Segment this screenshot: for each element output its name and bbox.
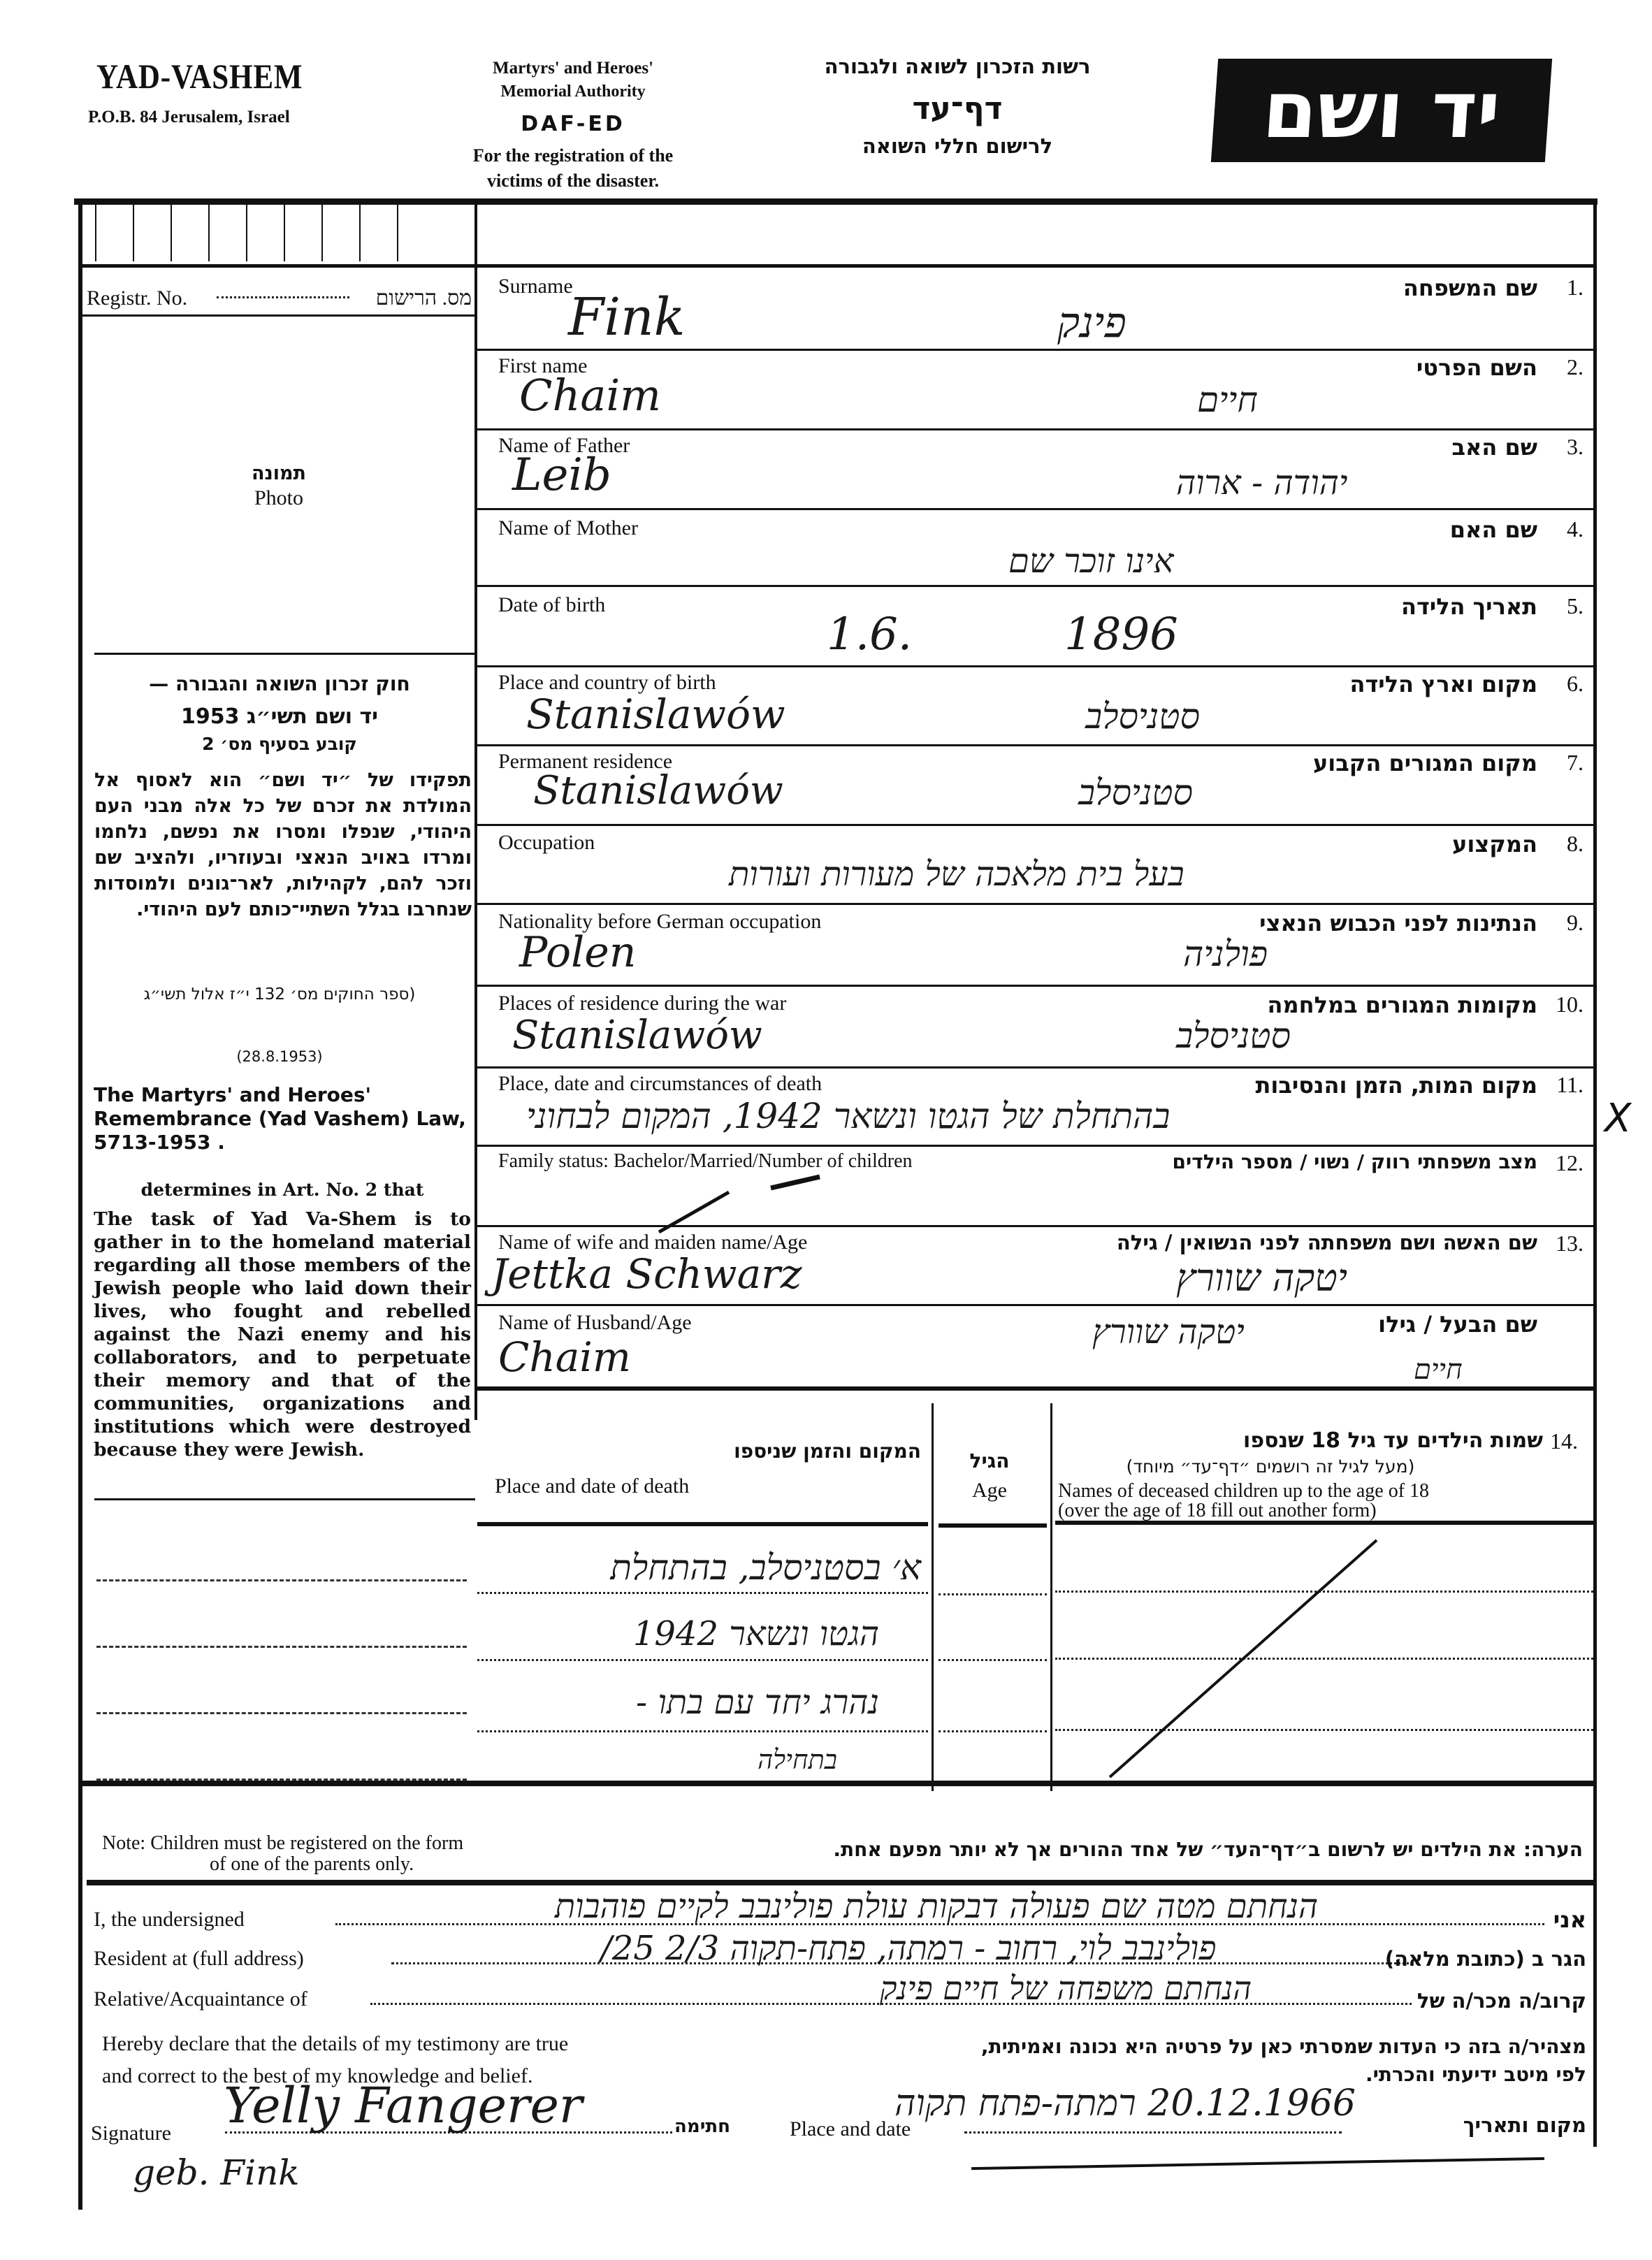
- children-age-label: Age: [934, 1479, 1045, 1502]
- field-value-he-extra: יטקה שוורץ: [1092, 1312, 1245, 1352]
- child-place-line-3: נהרג יחד עם בתו -: [488, 1683, 879, 1722]
- undersigned-heb: אני: [1544, 1906, 1586, 1933]
- field-number: 5.: [1567, 593, 1584, 619]
- field-value-en: Leib: [512, 449, 611, 501]
- field-label-he: שם האב: [1452, 434, 1537, 461]
- note-en-line1: Note: Children must be registered on the…: [102, 1832, 463, 1855]
- children-number: 14.: [1550, 1428, 1578, 1454]
- undersigned-label: I, the undersigned: [94, 1908, 245, 1932]
- field-number: 13.: [1556, 1231, 1584, 1256]
- field-number: 8.: [1567, 831, 1584, 857]
- relative-label: Relative/Acquaintance of: [94, 1987, 307, 2011]
- header-heb-line1: רשות הזכרון לשואה ולגבורה: [783, 55, 1132, 78]
- law-en-article: determines in Art. No. 2 that: [94, 1180, 471, 1200]
- field-number: 11.: [1556, 1072, 1584, 1098]
- field-number: 12.: [1556, 1150, 1584, 1176]
- field-value-en: Polen: [519, 928, 636, 977]
- field-value-en: Stanislawów: [533, 768, 783, 813]
- field-value-en: Jettka Schwarz: [491, 1250, 802, 1298]
- field-value-he: חיים: [1414, 1353, 1463, 1386]
- field-date-of-birth[interactable]: Date of birth תאריך הלידה 5. 1.6. 1896: [477, 585, 1593, 667]
- org-title: YAD-VASHEM: [96, 56, 303, 96]
- field-death-details[interactable]: Place, date and circumstances of death מ…: [477, 1066, 1593, 1147]
- signature-label: Signature: [91, 2122, 171, 2145]
- field-value-he: בהתחלת של הגטו ונשאר 1942, המקום לבחוני: [526, 1096, 1170, 1136]
- registr-label: Registr. No.: [87, 287, 187, 310]
- field-label-he: שם האשה ושם משפחתה לפני הנשואין / גילה: [1117, 1231, 1537, 1254]
- field-value-en: Stanislawów: [526, 690, 785, 738]
- field-value-en: Chaim: [519, 370, 661, 421]
- field-label-he: מקום המות, הזמן והנסיבות: [1256, 1072, 1537, 1099]
- field-label-he: מקום המגורים הקבוע: [1313, 750, 1537, 776]
- children-strike-line: [1054, 1536, 1389, 1781]
- law-heb-article: קובע בסעיף מס׳ 2: [98, 734, 461, 754]
- field-value-he: יטקה שוורץ: [1176, 1256, 1347, 1300]
- field-family-status[interactable]: Family status: Bachelor/Married/Number o…: [477, 1145, 1593, 1227]
- children-heb-title: שמות הילדים עד גיל 18 שנספו: [1061, 1428, 1543, 1453]
- resident-heb: הגר ב (כתובת מלאה): [1419, 1947, 1586, 1971]
- field-value-he: סטניסלב: [1078, 772, 1193, 813]
- registr-heb-label: מס. הרישום: [353, 287, 472, 310]
- field-permanent-residence[interactable]: Permanent residence מקום המגורים הקבוע 7…: [477, 744, 1593, 826]
- header-heb-form-name: דף־עד: [783, 91, 1132, 126]
- personal-fields: Surname שם המשפחה 1. Fink פינק First nam…: [477, 268, 1593, 1403]
- field-label-he: מצב משפחתי רווק / נשוי / מספר הילדים: [1173, 1150, 1537, 1173]
- field-label-en: Date of birth: [498, 593, 605, 617]
- header-center-line3: For the registration of the: [419, 145, 727, 166]
- bottom-stroke: [971, 2157, 1544, 2170]
- field-wife-name[interactable]: Name of wife and maiden name/Age שם האשה…: [477, 1225, 1593, 1306]
- header-heb-line3: לרישום חללי השואה: [783, 134, 1132, 158]
- children-place-heb: המקום והזמן שניספו: [488, 1440, 921, 1463]
- field-value-en: Fink: [568, 287, 686, 347]
- place-date-label: Place and date: [790, 2117, 911, 2141]
- law-en-title: The Martyrs' and Heroes' Remembrance (Ya…: [94, 1083, 471, 1154]
- resident-label: Resident at (full address): [94, 1947, 304, 1971]
- header-center-line4: victims of the disaster.: [419, 171, 727, 191]
- yad-vashem-logo: יד ושם: [1211, 59, 1552, 162]
- field-husband-name[interactable]: Name of Husband/Age שם הבעל / גילו Chaim…: [477, 1304, 1593, 1391]
- field-label-he: תאריך הלידה: [1401, 593, 1537, 620]
- field-wartime-residence[interactable]: Places of residence during the war מקומו…: [477, 985, 1593, 1069]
- field-label-en: Name of Husband/Age: [498, 1311, 692, 1335]
- place-date-value: 20.12.1966 רמתה-פתח תקוה: [964, 2082, 1356, 2124]
- field-father-name[interactable]: Name of Father שם האב 3. Leib יהודה - אר…: [477, 428, 1593, 510]
- relative-heb: קרוב/ה מכר/ה של: [1419, 1989, 1586, 2013]
- field-place-of-birth[interactable]: Place and country of birth מקום וארץ הלי…: [477, 665, 1593, 746]
- law-heb-body: תפקידו של ״יד ושם״ הוא לאסוף אל המולדת א…: [94, 767, 472, 922]
- signature-value: Yelly Fangerer: [224, 2077, 582, 2134]
- registr-number-field[interactable]: [217, 296, 349, 298]
- form-right-border: [1593, 204, 1597, 2147]
- field-number: 1.: [1567, 275, 1584, 300]
- field-value-he: סטניסלב: [1085, 696, 1200, 737]
- field-label-he: שם המשפחה: [1403, 275, 1537, 301]
- logo-text: יד ושם: [1260, 71, 1502, 150]
- field-label-he: שם האם: [1450, 516, 1537, 543]
- field-label-he: שם הבעל / גילו: [1378, 1311, 1537, 1338]
- registration-grid: [82, 204, 474, 266]
- field-label-en: Name of Mother: [498, 516, 638, 540]
- child-place-line-4: בתחילה: [488, 1744, 837, 1776]
- field-number: 6.: [1567, 671, 1584, 697]
- undersigned-value: הנחתם מטה שם פעולה דבקות עולת פולינבב לק…: [342, 1887, 1530, 1926]
- header-center-line2: Memorial Authority: [419, 82, 727, 101]
- field-value-he: סטניסלב: [1176, 1015, 1291, 1056]
- field-value-he: אינו זוכר שם: [1008, 542, 1173, 581]
- field-number: 3.: [1567, 434, 1584, 460]
- header-center-line1: Martyrs' and Heroes': [419, 59, 727, 78]
- field-label-en: Surname: [498, 275, 573, 298]
- field-mother-name[interactable]: Name of Mother שם האם 4. אינו זוכר שם: [477, 508, 1593, 587]
- field-label-en: Occupation: [498, 831, 595, 855]
- children-heb-subtitle: (מעל לגיל זה רושמים ״דף־עד״ מיוחד): [1061, 1456, 1480, 1477]
- declare-he-line1: מצהיר/ה בזה כי העדות שמסרתי כאן על פרטיה…: [825, 2035, 1586, 2058]
- field-value-he: חיים: [1197, 379, 1258, 420]
- law-heb-title: חוק זכרון השואה והגבורה —: [98, 672, 461, 695]
- place-date-field[interactable]: [964, 2131, 1342, 2134]
- field-first-name[interactable]: First name השם הפרטי 2. Chaim חיים: [477, 349, 1593, 430]
- photo-area: [84, 318, 472, 646]
- field-label-he: מקום וארץ הלידה: [1349, 671, 1537, 697]
- children-table: המקום והזמן שניספו Place and date of dea…: [82, 1403, 1593, 1809]
- field-number: 10.: [1556, 992, 1584, 1017]
- field-value-he: יהודה - ארוה: [1176, 463, 1347, 502]
- children-place-label: Place and date of death: [495, 1475, 689, 1498]
- child-place-line-1: א׳ בסטניסלב, בהתחלת: [488, 1547, 921, 1588]
- field-number: 7.: [1567, 750, 1584, 776]
- field-value-en: 1.6.: [827, 609, 912, 660]
- field-label-he: הנתינות לפני הכבוש הנאצי: [1259, 910, 1537, 936]
- children-en-subtitle: (over the age of 18 fill out another for…: [1058, 1500, 1377, 1522]
- law-date: (28.8.1953): [98, 1048, 461, 1065]
- field-occupation[interactable]: Occupation המקצוע 8. בעל בית מלאכה של מע…: [477, 824, 1593, 905]
- child-place-line-2: הגטו ונשאר 1942: [488, 1614, 879, 1653]
- law-heb-subtitle: יד ושם תשי״ג 1953: [98, 704, 461, 729]
- field-value-he: פינק: [1057, 298, 1126, 347]
- field-value-en: Stanislawów: [512, 1013, 762, 1058]
- signature-value-2: geb. Fink: [133, 2152, 300, 2193]
- field-label-he: המקצוע: [1452, 831, 1537, 857]
- field-value-en: Chaim: [498, 1333, 631, 1381]
- field-label-he: מקומות המגורים במלחמה: [1267, 992, 1537, 1018]
- org-address: P.O.B. 84 Jerusalem, Israel: [88, 108, 290, 127]
- field-value-year: 1896: [1064, 609, 1178, 660]
- field-number: 2.: [1567, 354, 1584, 380]
- place-date-heb: מקום ותאריך: [1426, 2113, 1586, 2137]
- field-label-en: Family status: Bachelor/Married/Number o…: [498, 1150, 913, 1173]
- note-heb: הערה: את הילדים יש לרשום ב״דף־העד״ של אח…: [657, 1838, 1583, 1861]
- form-name: DAF-ED: [419, 112, 727, 136]
- declare-en-line1: Hereby declare that the details of my te…: [102, 2032, 568, 2056]
- field-value-he: פולניה: [1183, 934, 1268, 974]
- field-value-he: בעל בית מלאכה של מעורות ועורות: [729, 855, 1184, 894]
- field-label-en: Places of residence during the war: [498, 992, 786, 1015]
- field-number: 9.: [1567, 910, 1584, 936]
- field-number: 4.: [1567, 516, 1584, 542]
- field-label-en: Place, date and circumstances of death: [498, 1072, 822, 1096]
- signature-heb: חתימה: [653, 2116, 730, 2137]
- resident-value: פולינבב לוי, רחוב - רמתה, פתח-תקוה 2/3 2…: [405, 1929, 1412, 1968]
- children-age-heb: הגיל: [934, 1449, 1045, 1472]
- note-en-line2: of one of the parents only.: [210, 1853, 414, 1876]
- field-nationality[interactable]: Nationality before German occupation הנת…: [477, 903, 1593, 987]
- side-x-mark: X: [1604, 1096, 1631, 1141]
- field-label-he: השם הפרטי: [1416, 354, 1537, 381]
- relative-value: הנחתם משפחה של חיים פינק: [734, 1969, 1398, 2007]
- field-surname[interactable]: Surname שם המשפחה 1. Fink פינק: [477, 268, 1593, 351]
- law-heb-ref: (ספר החוקים מס׳ 132 י״ז אלול תשי״ג: [98, 985, 461, 1004]
